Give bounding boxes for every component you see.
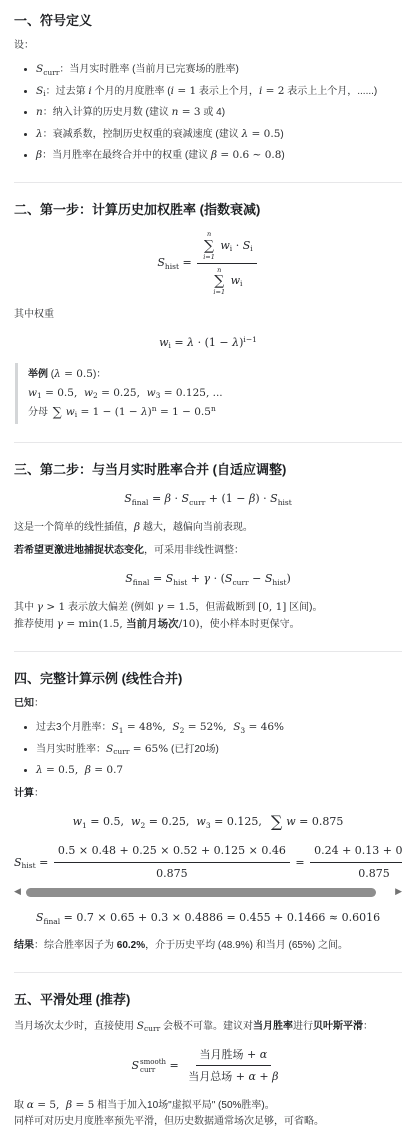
text-run: 区间)。 (286, 602, 322, 613)
text-run: ) (281, 150, 284, 161)
math-token: = 0.5 (248, 126, 280, 143)
inline-math: λ = 0.5 (242, 128, 281, 140)
math-token: Sfinal (125, 570, 149, 588)
paragraph: 这是一个简单的线性插值，β 越大，越偏向当前表现。 (14, 519, 402, 536)
text-run: ，介于历史平均 (48.9%) 和当月 (65%) 之间。 (145, 940, 348, 951)
formula-final-example: Sfinal = 0.7 × 0.65 + 0.3 × 0.4886 = 0.4… (14, 909, 402, 927)
section-heading: 四、完整计算示例 (线性合并) (14, 670, 402, 688)
math-token: 当月总场 + (188, 1068, 248, 1086)
math-denominator: 0.875 (354, 863, 394, 883)
math-subscript: i (250, 244, 252, 253)
math-token: λ (54, 366, 61, 383)
section-divider (14, 972, 402, 973)
math-token: Scurr (36, 61, 59, 78)
math-token: = 0.5, (43, 762, 85, 779)
text-run: 这是一个简单的线性插值， (14, 522, 134, 533)
math-token: Sfinal (124, 490, 148, 508)
math-token-base: λ (54, 368, 61, 380)
math-denominator: n∑i=1 wi (207, 264, 246, 296)
math-fraction: n∑i=1 wi · Sin∑i=1 wi (197, 230, 256, 296)
math-token: w1 (28, 385, 42, 402)
math-subscript: curr (232, 578, 248, 587)
text-run: (已打20场) (168, 744, 219, 755)
math-token-base: = 1 (174, 85, 196, 97)
math-token: = 0.5 (61, 366, 93, 383)
math-token-base: = (179, 256, 195, 269)
inline-math: n = 3 (172, 106, 201, 118)
math-token: = 0.875 (296, 813, 344, 831)
math-token-base: λ (36, 128, 43, 140)
math-token: · (232, 237, 243, 255)
math-token: )i−1 (239, 334, 257, 352)
math-token: = 3 (178, 104, 200, 121)
math-token: wi (220, 237, 232, 255)
scroll-left-icon[interactable]: ◀ (14, 888, 21, 897)
text-run: ：当月实时胜率 (当前月已完赛场的胜率) (59, 64, 238, 75)
math-row: Shist = 0.5 × 0.48 + 0.25 × 0.52 + 0.125… (14, 842, 402, 882)
math-subscript: 1 (119, 726, 124, 735)
math-token-base: w (220, 239, 229, 252)
list-item: β：当月胜率在最终合并中的权重 (建议 β = 0.6 ∼ 0.8) (36, 147, 402, 164)
math-token: = 0.5, (87, 813, 131, 831)
math-token-base: α (248, 1070, 255, 1083)
math-token: wi (159, 334, 171, 352)
formula-hist-weighted: Shist = n∑i=1 wi · Sin∑i=1 wi (14, 230, 402, 296)
math-token: > 1 (43, 599, 65, 616)
math-token: wi (66, 404, 77, 421)
math-superscript: n (152, 404, 157, 413)
math-token: ) (287, 570, 291, 588)
math-token: Shist (157, 254, 179, 272)
math-token: λ (242, 126, 249, 143)
section-step2: 三、第二步：与当月实时胜率合并 (自适应调整) Sfinal = β · Scu… (14, 461, 402, 633)
math-token: Si (36, 83, 46, 100)
math-token-base: = 0.5, (43, 764, 85, 776)
math-token-base: S (172, 721, 179, 733)
summation-icon: ∑ (53, 404, 62, 419)
math-token-base: = 65% (129, 743, 168, 755)
math-token-base: = 0.5, (87, 815, 131, 828)
math-token: Ssmoothcurr (132, 1057, 167, 1075)
math-numerator: n∑i=1 wi · Si (197, 230, 256, 263)
summation-icon: n∑i=1 (203, 230, 215, 260)
text-run: ：衰减系数，控制历史权重的衰减速度 (建议 (43, 129, 242, 140)
sigma-glyph: ∑ (214, 274, 224, 288)
math-token-base: · ( (210, 572, 225, 585)
math-token: = 1 − 0.5n (157, 404, 216, 421)
math-row: w1 = 0.5, w2 = 0.25, w3 = 0.125, ∑w = 0.… (73, 813, 344, 831)
math-token: α (27, 1097, 34, 1114)
math-token: S2 (172, 719, 184, 736)
math-token-base: γ (204, 572, 211, 585)
math-subscript: 3 (156, 391, 161, 400)
text-run: 其中 (14, 602, 37, 613)
math-token: · (1 − (194, 334, 232, 352)
example-callout: 举例 (λ = 0.5)： w1 = 0.5, w2 = 0.25, w3 = … (15, 363, 402, 424)
list-item: Si：过去第 i 个月的月度胜率 (i = 1 表示上个月，i = 2 表示上上… (36, 83, 402, 100)
math-token-base: [0, 1] (258, 601, 286, 613)
math-token: w3 (147, 385, 161, 402)
paragraph: 计算： (14, 786, 402, 802)
math-token-base: · (171, 492, 182, 505)
symbol-list: Scurr：当月实时胜率 (当前月已完赛场的胜率) Si：过去第 i 个月的月度… (14, 61, 402, 164)
math-token: n (172, 104, 179, 121)
text-run: ，但需截断到 (195, 602, 258, 613)
math-token-base: = 1 − 0.5 (157, 406, 211, 418)
math-token-base: = 0.5 (61, 368, 93, 380)
math-numerator: 0.24 + 0.13 + 0.0575 (310, 842, 402, 863)
math-token: = 0.25, (145, 813, 196, 831)
paragraph: 当月场次太少时，直接使用 Scurr 会极不可靠。建议对当月胜率进行贝叶斯平滑： (14, 1018, 402, 1035)
math-subsup: smoothcurr (140, 1058, 166, 1074)
paragraph: 设： (14, 38, 402, 54)
math-token: = (179, 254, 195, 272)
text-run: ：过去第 (46, 86, 89, 97)
math-row: wi = λ · (1 − λ)i−1 (159, 334, 257, 352)
math-token: λ (187, 334, 194, 352)
text-run: ：当月胜率在最终合并中的权重 (建议 (42, 150, 211, 161)
math-token-base: · (1 − (194, 336, 232, 349)
inline-math: Scurr (137, 1020, 160, 1032)
text-run: 当月实时胜率： (36, 744, 106, 755)
text-run: ：纳入计算的历史月数 (建议 (43, 107, 172, 118)
text-run: ) (280, 129, 283, 140)
text-run: ，使小样本时更保守。 (200, 619, 300, 630)
inline-math: [0, 1] (258, 601, 286, 613)
math-token-base: w (231, 274, 240, 287)
result-paragraph: 结果：综合胜率因子为 60.2%，介于历史平均 (48.9%) 和当月 (65%… (14, 938, 402, 954)
math-token-base: + (187, 572, 203, 585)
math-token: = 0.125, ... (160, 385, 222, 402)
text-run: 过去3个月胜率： (36, 722, 112, 733)
text-run: 表示上个月， (196, 86, 259, 97)
scrollbar-track[interactable] (26, 888, 390, 897)
math-token: 0.875 (358, 865, 390, 883)
math-token: = (292, 854, 308, 872)
paragraph: 其中 γ > 1 表示放大偏差 (例如 γ = 1.5，但需截断到 [0, 1]… (14, 599, 402, 633)
math-token: /10) (179, 616, 200, 633)
text-run: 进行 (293, 1021, 313, 1032)
math-token-base: = 1 − (1 − (77, 406, 141, 418)
math-token-base: > 1 (43, 601, 65, 613)
math-subscript: i (240, 279, 242, 288)
inline-math: Scurr (36, 63, 59, 75)
math-token: Shist (265, 570, 287, 588)
math-token-base: S (270, 492, 278, 505)
text-run: 其中权重 (14, 309, 54, 320)
math-token: = 0.5, (42, 385, 84, 402)
inline-math: λ = 0.5, β = 0.7 (36, 764, 123, 776)
math-subscript: 3 (206, 821, 211, 830)
math-token: = 0.7 × 0.65 + 0.3 × 0.4886 = 0.455 + 0.… (60, 909, 380, 927)
math-token-base: = 0.25, (98, 387, 147, 399)
math-token: = 1.5 (163, 599, 195, 616)
math-token-base: + (1 − (205, 492, 249, 505)
math-token-base: n (36, 106, 43, 118)
math-token: − (249, 570, 265, 588)
math-token-base: β (272, 1070, 278, 1083)
text-run: ： (34, 698, 44, 709)
math-token: λ (232, 334, 239, 352)
inline-math: λ = 0.5 (54, 368, 93, 380)
scroll-right-icon[interactable]: ▶ (395, 888, 402, 897)
math-token: Scurr (137, 1018, 160, 1035)
math-token-base: w (196, 815, 205, 828)
math-token-base: λ (36, 764, 43, 776)
math-token: 0.875 (156, 865, 188, 883)
math-token: 当月胜场 + (200, 1046, 260, 1064)
section-heading: 二、第一步：计算历史加权胜率 (指数衰减) (14, 201, 402, 219)
paragraph: 若希望更激进地捕捉状态变化，可采用非线性调整： (14, 543, 402, 559)
math-token-base: α (260, 1048, 267, 1061)
math-token: w (286, 813, 295, 831)
math-token: = 2 (262, 83, 284, 100)
math-token-base: = 0.25, (145, 815, 196, 828)
paragraph: 其中权重 (14, 307, 402, 323)
math-token-base: 当月总场 + (188, 1070, 248, 1083)
math-subscript: final (133, 578, 150, 587)
math-token: = 46% (245, 719, 284, 736)
text-bold: 当月胜率 (253, 1021, 293, 1032)
math-superscript: i−1 (243, 335, 256, 344)
inline-math: λ (36, 128, 43, 140)
math-token: = min(1.5, (63, 616, 126, 633)
math-token-base: w (84, 387, 93, 399)
math-token: w2 (131, 813, 145, 831)
inline-math: Scurr = 65% (106, 743, 168, 755)
math-token: 0.5 × 0.48 + 0.25 × 0.52 + 0.125 × 0.46 (58, 842, 286, 860)
math-token-base: = (292, 856, 308, 869)
math-numerator: 当月胜场 + α (196, 1046, 272, 1067)
math-token-base: w (73, 815, 82, 828)
math-subscript: i (43, 89, 45, 98)
math-token-base: S (124, 492, 132, 505)
text-run: 会极不可靠。建议对 (160, 1021, 253, 1032)
math-token: = (36, 854, 52, 872)
math-token-base: = 5, (34, 1099, 66, 1111)
inline-math: γ = min(1.5, 当前月场次/10) (57, 618, 200, 630)
math-row: Sfinal = 0.7 × 0.65 + 0.3 × 0.4886 = 0.4… (36, 909, 380, 927)
inline-math: β = 0.6 ∼ 0.8 (211, 149, 281, 161)
math-token-base: 0.875 (358, 867, 390, 880)
callout-line: w1 = 0.5, w2 = 0.25, w3 = 0.125, ... (28, 385, 402, 402)
math-subscript: i (75, 410, 77, 419)
math-subscript: 3 (240, 726, 245, 735)
math-token-base: = 0.7 × 0.65 + 0.3 × 0.4886 = 0.455 + 0.… (60, 911, 380, 924)
math-token: = 0.7 (91, 762, 123, 779)
section-divider (14, 651, 402, 652)
math-token-base: w (66, 406, 75, 418)
math-token: = 1 − (1 − (77, 404, 141, 421)
summation-icon: n∑i=1 (213, 266, 225, 296)
math-token: = (149, 570, 165, 588)
section-heading: 一、符号定义 (14, 12, 402, 30)
math-token: = 5, (34, 1097, 66, 1114)
text-bold: 计算 (14, 788, 34, 799)
paragraph: 已知： (14, 696, 402, 712)
math-token-base: 0.875 (156, 867, 188, 880)
math-row: Sfinal = β · Scurr + (1 − β) · Shist (124, 490, 292, 508)
math-superscript: n (211, 404, 216, 413)
math-token-base: − (249, 572, 265, 585)
formula-weight: wi = λ · (1 − λ)i−1 (14, 334, 402, 352)
text-bold: 已知 (14, 698, 34, 709)
math-subscript: 1 (37, 391, 42, 400)
math-token-base: S (112, 721, 119, 733)
math-token-base: = 1.5 (163, 601, 195, 613)
math-token: Scurr (182, 490, 206, 508)
list-item: Scurr：当月实时胜率 (当前月已完赛场的胜率) (36, 61, 402, 78)
math-token: = 0.125, (211, 813, 269, 831)
math-token-base: = 0.875 (296, 815, 344, 828)
math-token-base: λ (141, 406, 148, 418)
paragraph: 取 α = 5, β = 5 相当于加入10场"虚拟平局" (50%胜率)。同样… (14, 1097, 402, 1130)
math-token: Shist (14, 854, 36, 872)
math-token-base: n (172, 106, 179, 118)
math-token-base: = 3 (178, 106, 200, 118)
math-token-base: S (182, 492, 190, 505)
math-token-base: = 0.5 (248, 128, 280, 140)
sum-lower: i=1 (213, 288, 225, 296)
scrollbar-thumb[interactable] (26, 888, 376, 897)
math-token-base: ) (287, 572, 291, 585)
math-token: w1 (73, 813, 87, 831)
math-row: Ssmoothcurr = 当月胜场 + α当月总场 + α + β (132, 1046, 285, 1086)
math-token: = 0.6 ∼ 0.8 (217, 147, 281, 164)
math-token: α (260, 1046, 267, 1064)
text-bold: 贝叶斯平滑 (313, 1021, 363, 1032)
math-token-base: = 0.7 (91, 764, 123, 776)
text-run: 取 (14, 1100, 27, 1111)
math-token: w3 (196, 813, 210, 831)
math-subscript: i (230, 244, 232, 253)
inline-math: i = 2 (259, 85, 285, 97)
math-token: · (171, 490, 182, 508)
text-run: ： (363, 1021, 373, 1032)
formula-linear-merge: Sfinal = β · Scurr + (1 − β) · Shist (14, 490, 402, 508)
math-subscript: 1 (82, 821, 87, 830)
math-subscript: final (43, 917, 60, 926)
math-token: Shist (270, 490, 292, 508)
section-smoothing: 五、平滑处理 (推荐) 当月场次太少时，直接使用 Scurr 会极不可靠。建议对… (14, 991, 402, 1129)
inline-math: α = 5, β = 5 (27, 1099, 95, 1111)
formula-nonlinear-merge: Sfinal = Shist + γ · (Scurr − Shist) (14, 570, 402, 588)
math-token: = 65% (129, 741, 168, 758)
document: 一、符号定义 设： Scurr：当月实时胜率 (当前月已完赛场的胜率) Si：过… (0, 0, 416, 1147)
text-run: 设： (14, 40, 34, 51)
inline-math: w1 = 0.5, w2 = 0.25, w3 = 0.125, ... (28, 387, 223, 399)
math-fraction: 当月胜场 + α当月总场 + α + β (184, 1046, 282, 1086)
math-numerator: 0.5 × 0.48 + 0.25 × 0.52 + 0.125 × 0.46 (54, 842, 290, 863)
math-denominator: 当月总场 + α + β (184, 1066, 282, 1086)
callout-line: 举例 (λ = 0.5)： (28, 366, 402, 383)
math-subscript: hist (278, 498, 292, 507)
list-item: 过去3个月胜率：S1 = 48%, S2 = 52%, S3 = 46% (36, 719, 402, 736)
math-token-base: λ (242, 128, 249, 140)
math-superscript: smooth (140, 1058, 166, 1066)
math-subscript: 2 (140, 821, 145, 830)
text-run: )： (93, 369, 106, 380)
math-token: Si (243, 237, 253, 255)
math-token: Sfinal (36, 909, 60, 927)
math-token: β (272, 1068, 278, 1086)
math-token-base: = min(1.5, (63, 618, 126, 630)
known-list: 过去3个月胜率：S1 = 48%, S2 = 52%, S3 = 46% 当月实… (14, 719, 402, 779)
math-token: · ( (210, 570, 225, 588)
math-subscript: i (169, 341, 171, 350)
inline-math: n (36, 106, 43, 118)
inline-math: γ > 1 (37, 601, 65, 613)
math-fraction: 0.5 × 0.48 + 0.25 × 0.52 + 0.125 × 0.460… (54, 842, 290, 882)
math-token: = 1 (174, 83, 196, 100)
math-token: = 52%, (184, 719, 233, 736)
math-token-base: = 2 (262, 85, 284, 97)
text-run: 表示上上个月，......) (284, 86, 377, 97)
math-denominator: 0.875 (152, 863, 192, 883)
math-token-base: = 0.125, ... (160, 387, 222, 399)
text-bold: 举例 (28, 369, 48, 380)
formula-bayes-smooth: Ssmoothcurr = 当月胜场 + α当月总场 + α + β (14, 1046, 402, 1086)
math-token: λ (36, 126, 43, 143)
math-fraction: 0.24 + 0.13 + 0.05750.875 (310, 842, 402, 882)
math-token-base: S (137, 1020, 144, 1032)
math-token: Shist (166, 570, 188, 588)
math-token-base: w (286, 815, 295, 828)
text-run: 当月场次太少时，直接使用 (14, 1021, 137, 1032)
horizontal-scrollbar[interactable]: ◀ ▶ (14, 886, 402, 898)
math-token-base: α (27, 1099, 34, 1111)
math-token-base: = 0.125, (211, 815, 269, 828)
math-token: = (171, 334, 187, 352)
math-token-base: w (147, 387, 156, 399)
math-token: = (148, 490, 164, 508)
math-token: γ (204, 570, 211, 588)
math-subscript: hist (173, 578, 187, 587)
math-token-base: = (166, 1059, 182, 1072)
math-token-base: = 52%, (184, 721, 233, 733)
math-token: 当前月场次 (126, 616, 179, 633)
math-token-base: /10) (179, 618, 200, 630)
math-token-base: λ (187, 336, 194, 349)
math-subscript: 2 (93, 391, 98, 400)
math-token: + (1 − (205, 490, 249, 508)
inline-math: i = 1 (171, 85, 197, 97)
math-token: = 5 (72, 1097, 94, 1114)
math-token: n (36, 104, 43, 121)
text-run: 同样可对历史月度胜率预先平滑，但历史数据通常场次足够，可省略。 (14, 1116, 324, 1127)
text-bold: 结果 (14, 940, 34, 951)
section-symbols: 一、符号定义 设： Scurr：当月实时胜率 (当前月已完赛场的胜率) Si：过… (14, 12, 402, 164)
math-token-base: = 48%, (124, 721, 173, 733)
math-subscript: hist (165, 262, 179, 271)
inline-math: γ = 1.5 (157, 601, 195, 613)
text-run: 表示放大偏差 (例如 (65, 602, 157, 613)
math-subscript: curr (189, 498, 205, 507)
text-run: ： (34, 788, 44, 799)
math-token: Scurr (225, 570, 249, 588)
text-run: 越大，越偏向当前表现。 (140, 522, 253, 533)
math-token-base: = 5 (72, 1099, 94, 1111)
math-token: w2 (84, 385, 98, 402)
section-step1: 二、第一步：计算历史加权胜率 (指数衰减) Shist = n∑i=1 wi ·… (14, 201, 402, 424)
list-item: λ = 0.5, β = 0.7 (36, 762, 402, 779)
formula-hist-example[interactable]: Shist = 0.5 × 0.48 + 0.25 × 0.52 + 0.125… (14, 842, 402, 882)
math-token-base: S (125, 572, 133, 585)
math-token: λ (36, 762, 43, 779)
math-token: 0.24 + 0.13 + 0.0575 (314, 842, 402, 860)
text-bold: 若希望更激进地捕捉状态变化 (14, 545, 144, 556)
math-token-base: S (14, 856, 22, 869)
